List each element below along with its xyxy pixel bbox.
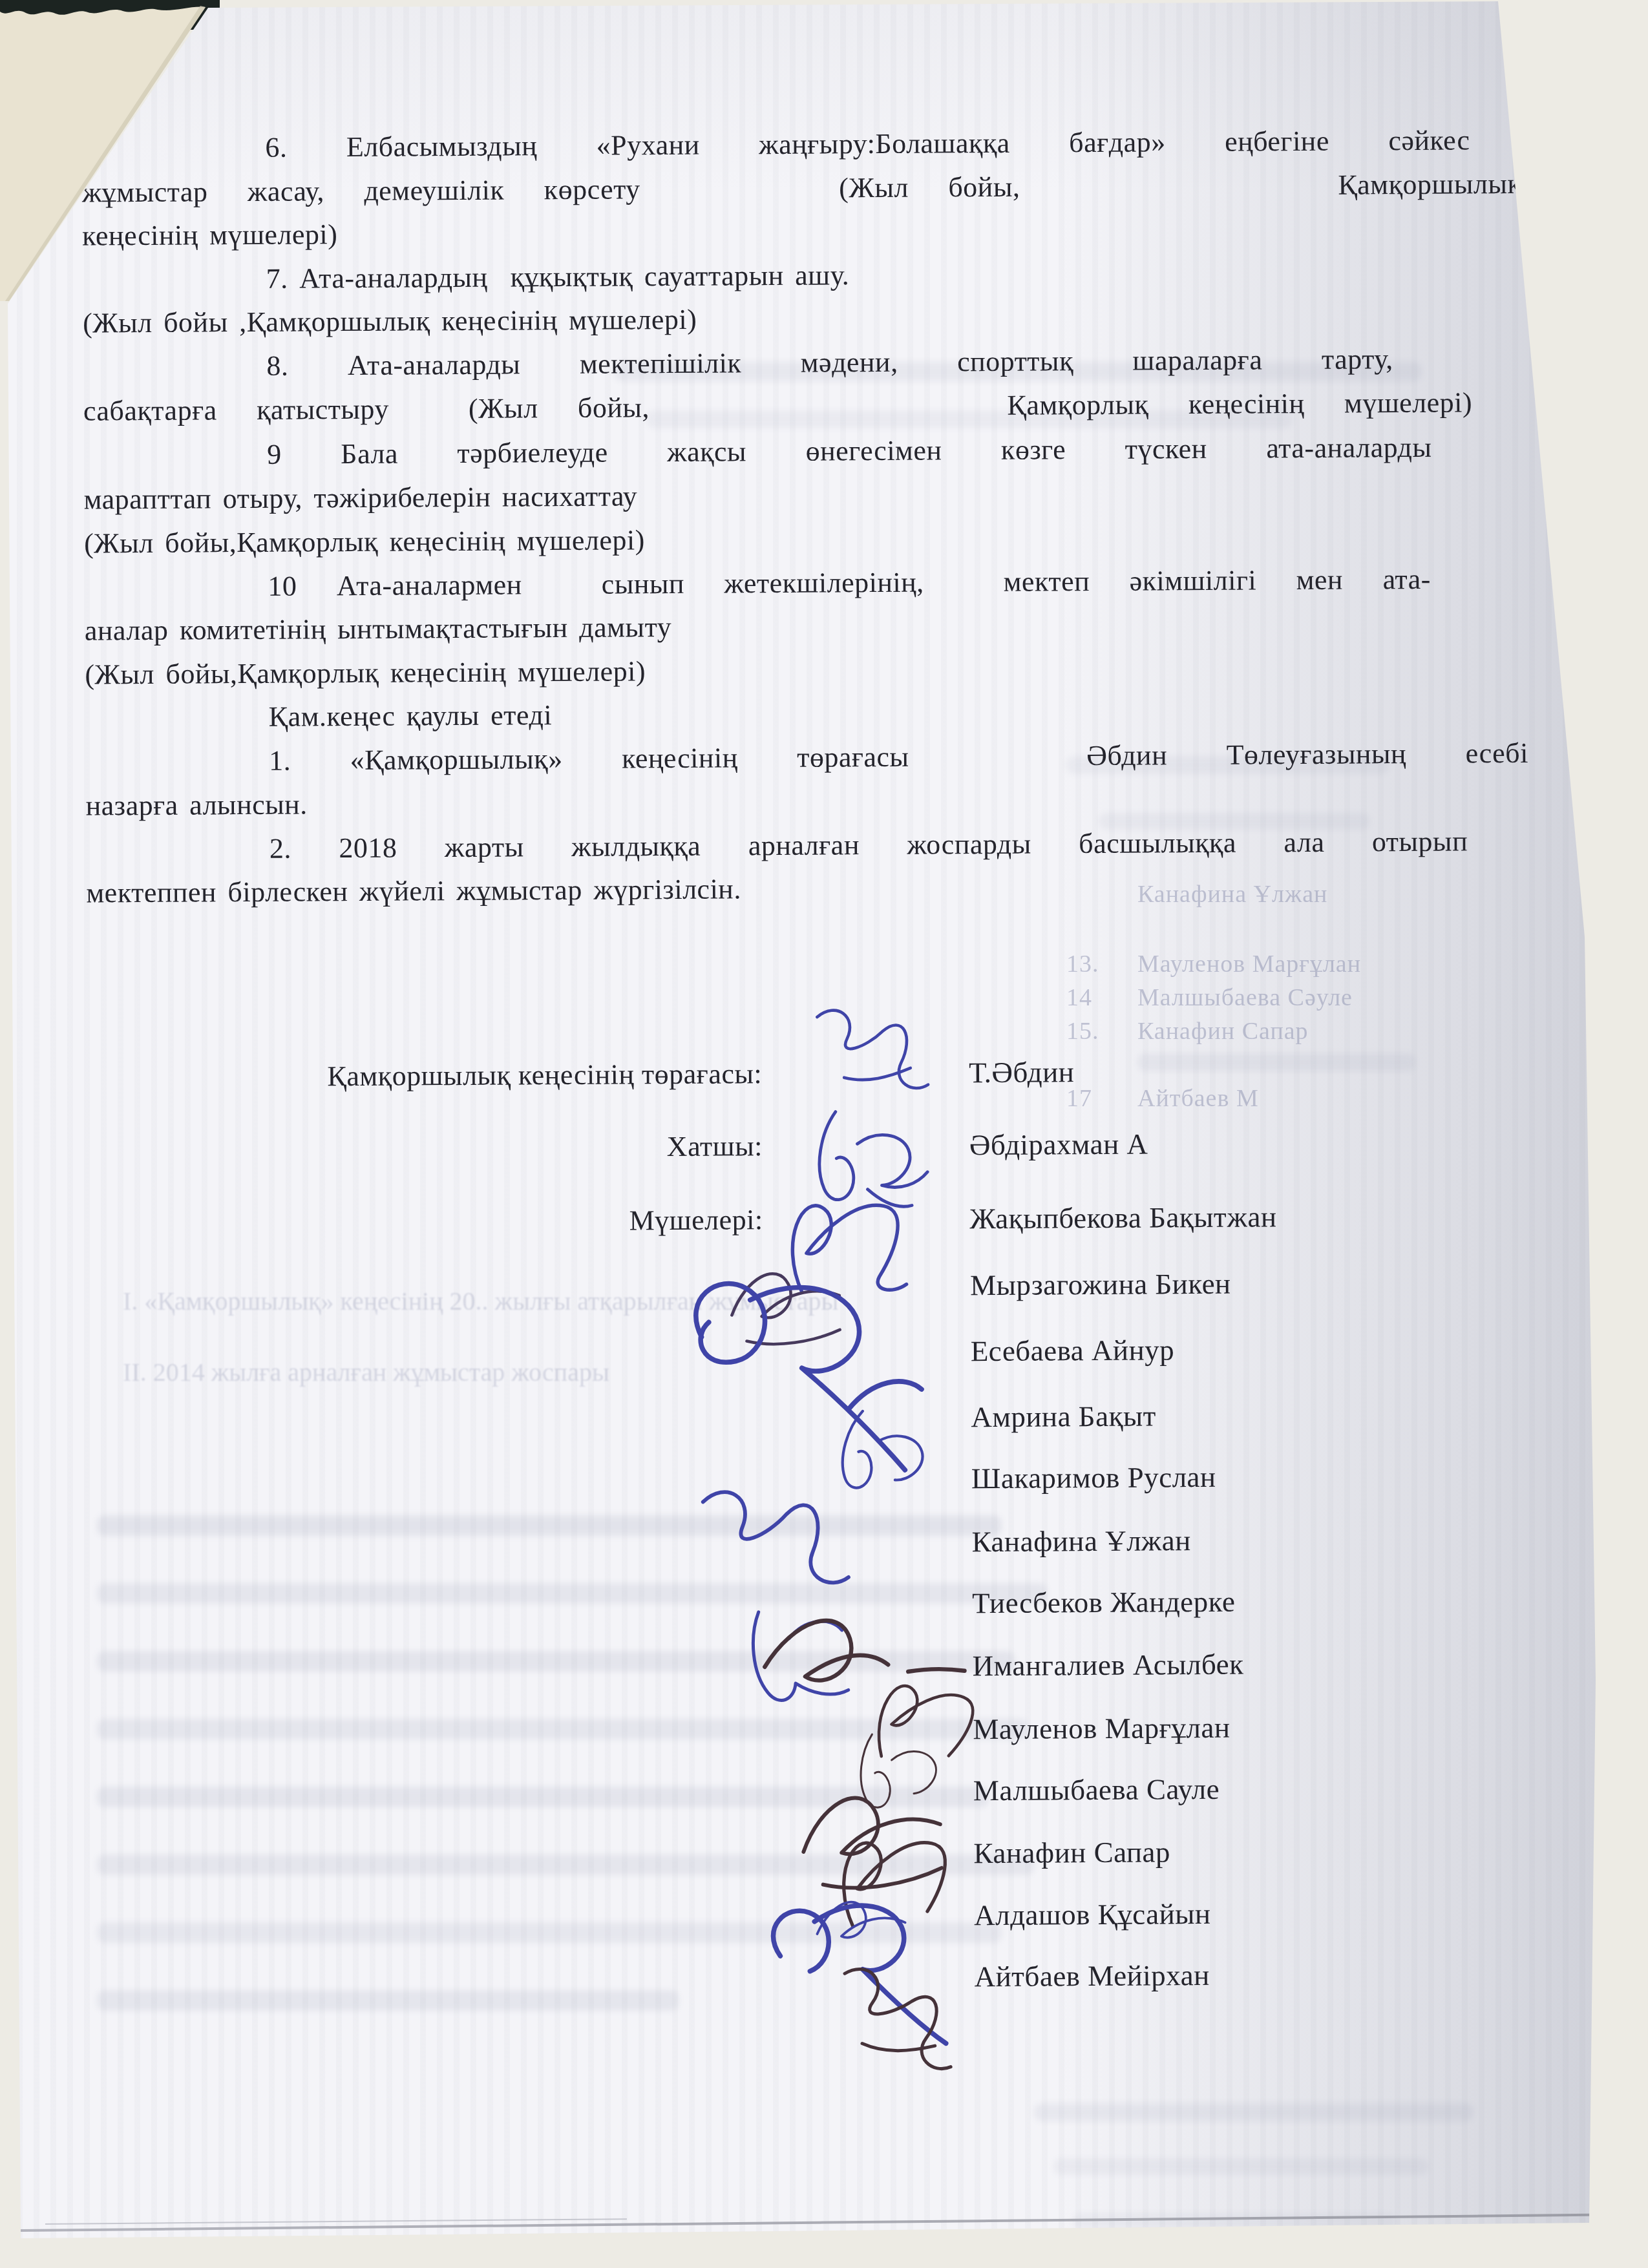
- body-line: 8. Ата-аналарды мектепішілік мәдени, спо…: [266, 341, 1393, 385]
- body-line: 10 Ата-аналармен сынып жетекшілерінің, м…: [268, 561, 1431, 605]
- body-line: мектеппен бірлескен жүйелі жұмыстар жүрг…: [86, 870, 741, 912]
- role-label-members: Мүшелері:: [129, 1203, 763, 1240]
- signatory-name: Канафин Сапар: [973, 1835, 1170, 1870]
- signature-ink: [711, 1233, 867, 1377]
- body-line: 2. 2018 жарты жылдыққа арналған жоспарды…: [269, 823, 1468, 867]
- signatory-name: Имангалиев Асылбек: [973, 1648, 1244, 1683]
- body-line: аналар комитетінің ынтымақтастығын дамыт…: [85, 609, 672, 650]
- signature-ink: [705, 1538, 903, 1756]
- body-line: 6. Елбасымыздың «Рухани жаңғыру:Болашаққ…: [265, 121, 1470, 166]
- signature-ink: [755, 1153, 945, 1320]
- signatory-name: Мауленов Марғұлан: [973, 1711, 1230, 1746]
- signatory-name: Шакаримов Руслан: [971, 1460, 1216, 1495]
- signatory-name: Есебаева Айнур: [971, 1333, 1175, 1368]
- signature-ink: [787, 1059, 951, 1254]
- signatory-name: Әбдірахман А: [969, 1127, 1148, 1162]
- body-line: (Жыл бойы ,Қамқоршылық кеңесінің мүшелер…: [83, 301, 697, 342]
- signature-ink: [768, 1759, 985, 1916]
- body-line: Қам.кеңес қаулы етеді: [269, 697, 553, 736]
- document-page: Канафина Ұлжан 13.Мауленов Марғұлан 14Ма…: [0, 0, 1648, 2268]
- body-line: 7. Ата-аналардың құқықтық сауаттарын ашу…: [266, 257, 849, 298]
- scanned-document-screenshot: { "doc": { "lines": [ "6. Елбасымыздың «…: [0, 0, 1648, 2268]
- signature-ink: [791, 957, 953, 1142]
- body-line: кеңесінің мүшелері): [82, 216, 338, 255]
- signature-ink: [740, 1853, 982, 2094]
- signatory-name: Жақыпбекова Бақытжан: [969, 1200, 1276, 1235]
- signatory-name: Айтбаев Мейірхан: [975, 1958, 1210, 1993]
- signature-ink: [806, 1359, 968, 1548]
- signature-ink: [660, 1262, 939, 1484]
- signature-ink: [671, 1451, 878, 1625]
- signatory-name: Алдашов Құсайын: [974, 1897, 1211, 1932]
- body-line: 9 Бала тәрбиелеуде жақсы өнегесімен көзг…: [267, 429, 1432, 474]
- signature-ink: [808, 1930, 985, 2106]
- signatory-name: Мырзагожина Бикен: [970, 1267, 1231, 1302]
- body-line: сабақтарға қатыстыру (Жыл бойы, Қамқорлы…: [83, 384, 1473, 430]
- body-line: жұмыстар жасау, демеушілік көрсету (Жыл …: [82, 165, 1522, 212]
- signature-ink: [837, 1679, 967, 1860]
- signatory-name: Т.Әбдин: [969, 1055, 1074, 1089]
- role-label-secretary: Хатшы:: [129, 1129, 763, 1166]
- signatory-name: Тиесбеков Жандерке: [972, 1585, 1236, 1620]
- body-line: (Жыл бойы,Қамқорлық кеңесінің мүшелері): [84, 521, 645, 562]
- printed-text-layer: 6. Елбасымыздың «Рухани жаңғыру:Болашаққ…: [0, 0, 1648, 2268]
- role-label-chairman: Қамқоршылық кеңесінің төрағасы:: [129, 1057, 762, 1094]
- signatory-name: Канафина Ұлжан: [971, 1524, 1190, 1559]
- signatory-name: Амрина Бақыт: [971, 1399, 1156, 1434]
- signature-ink: [730, 1577, 982, 1762]
- body-line: (Жыл бойы,Қамқорлық кеңесінің мүшелері): [85, 653, 646, 693]
- signature-ink: [799, 1883, 929, 1974]
- body-line: назарға алынсын.: [85, 786, 308, 824]
- body-line: марапттап отыру, тәжірибелерін насихатта…: [84, 478, 638, 518]
- signature-ink: [808, 1800, 990, 1947]
- signatory-name: Малшыбаева Сауле: [973, 1772, 1220, 1807]
- body-line: 1. «Қамқоршылық» кеңесінің төрағасы Әбди…: [269, 735, 1528, 780]
